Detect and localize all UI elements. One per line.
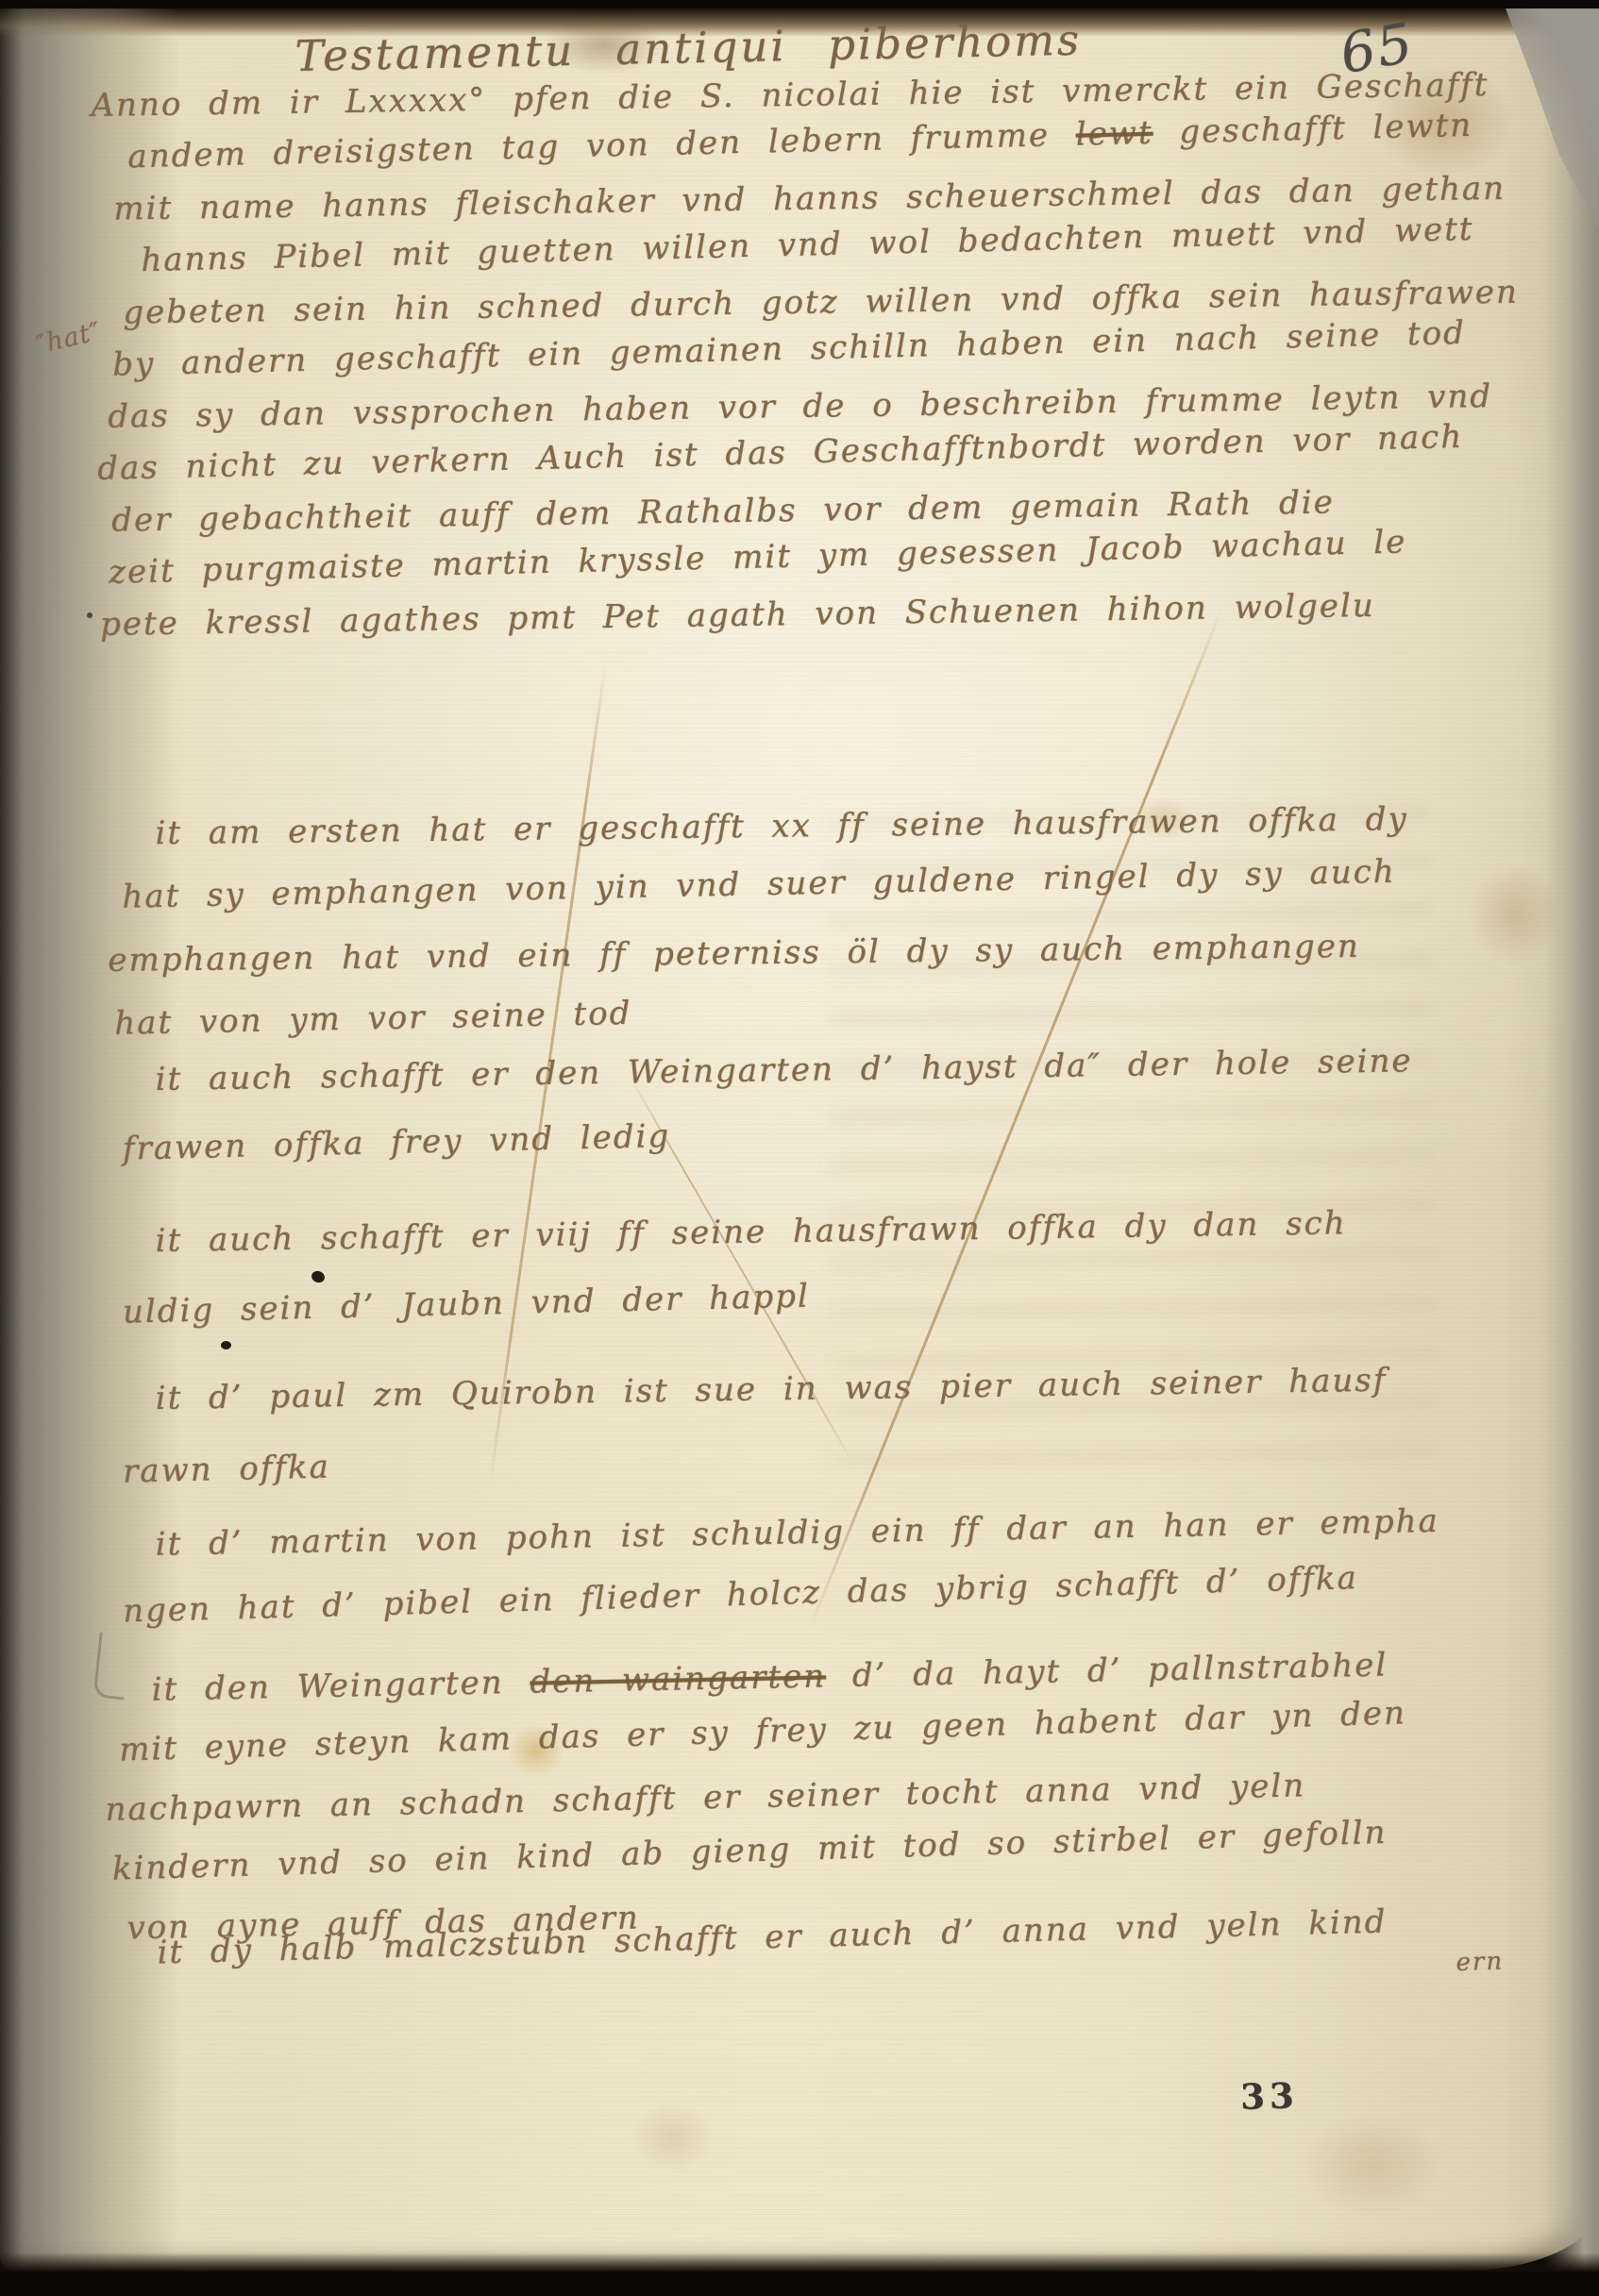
- ink-blot: [87, 612, 93, 618]
- manuscript-scan: Testamentu antiqui piberhoms 65 ″hat″ An…: [0, 0, 1599, 2296]
- manuscript-line: ern: [1456, 1947, 1505, 1977]
- carryover-word: ern: [1456, 1947, 1505, 1977]
- bequest-item-1: it am ersten hat er geschafft xx ff sein…: [100, 783, 1529, 1056]
- bequest-item-3: it auch schafft er viij ff seine hausfra…: [100, 1182, 1527, 1349]
- strikethrough-text: lewt: [1075, 114, 1153, 154]
- bequest-item-4: it d’ paul zm Quirobn ist sue in was pie…: [100, 1339, 1527, 1509]
- bottom-scan-edge: [0, 2253, 1599, 2271]
- bequest-item-5: it d’ martin von pohn ist schuldig ein f…: [100, 1483, 1528, 1645]
- intro-paragraph: Anno dm ir Lxxxxx° pfen die S. nicolai h…: [91, 55, 1582, 651]
- page-number: 33: [1239, 2074, 1299, 2118]
- stain: [631, 2102, 715, 2173]
- paper-page: Testamentu antiqui piberhoms 65 ″hat″ An…: [0, 8, 1599, 2271]
- bequest-item-2: it auch schafft er den Weingarten d’ hay…: [100, 1022, 1527, 1184]
- strikethrough-text: den waingarten: [530, 1657, 826, 1701]
